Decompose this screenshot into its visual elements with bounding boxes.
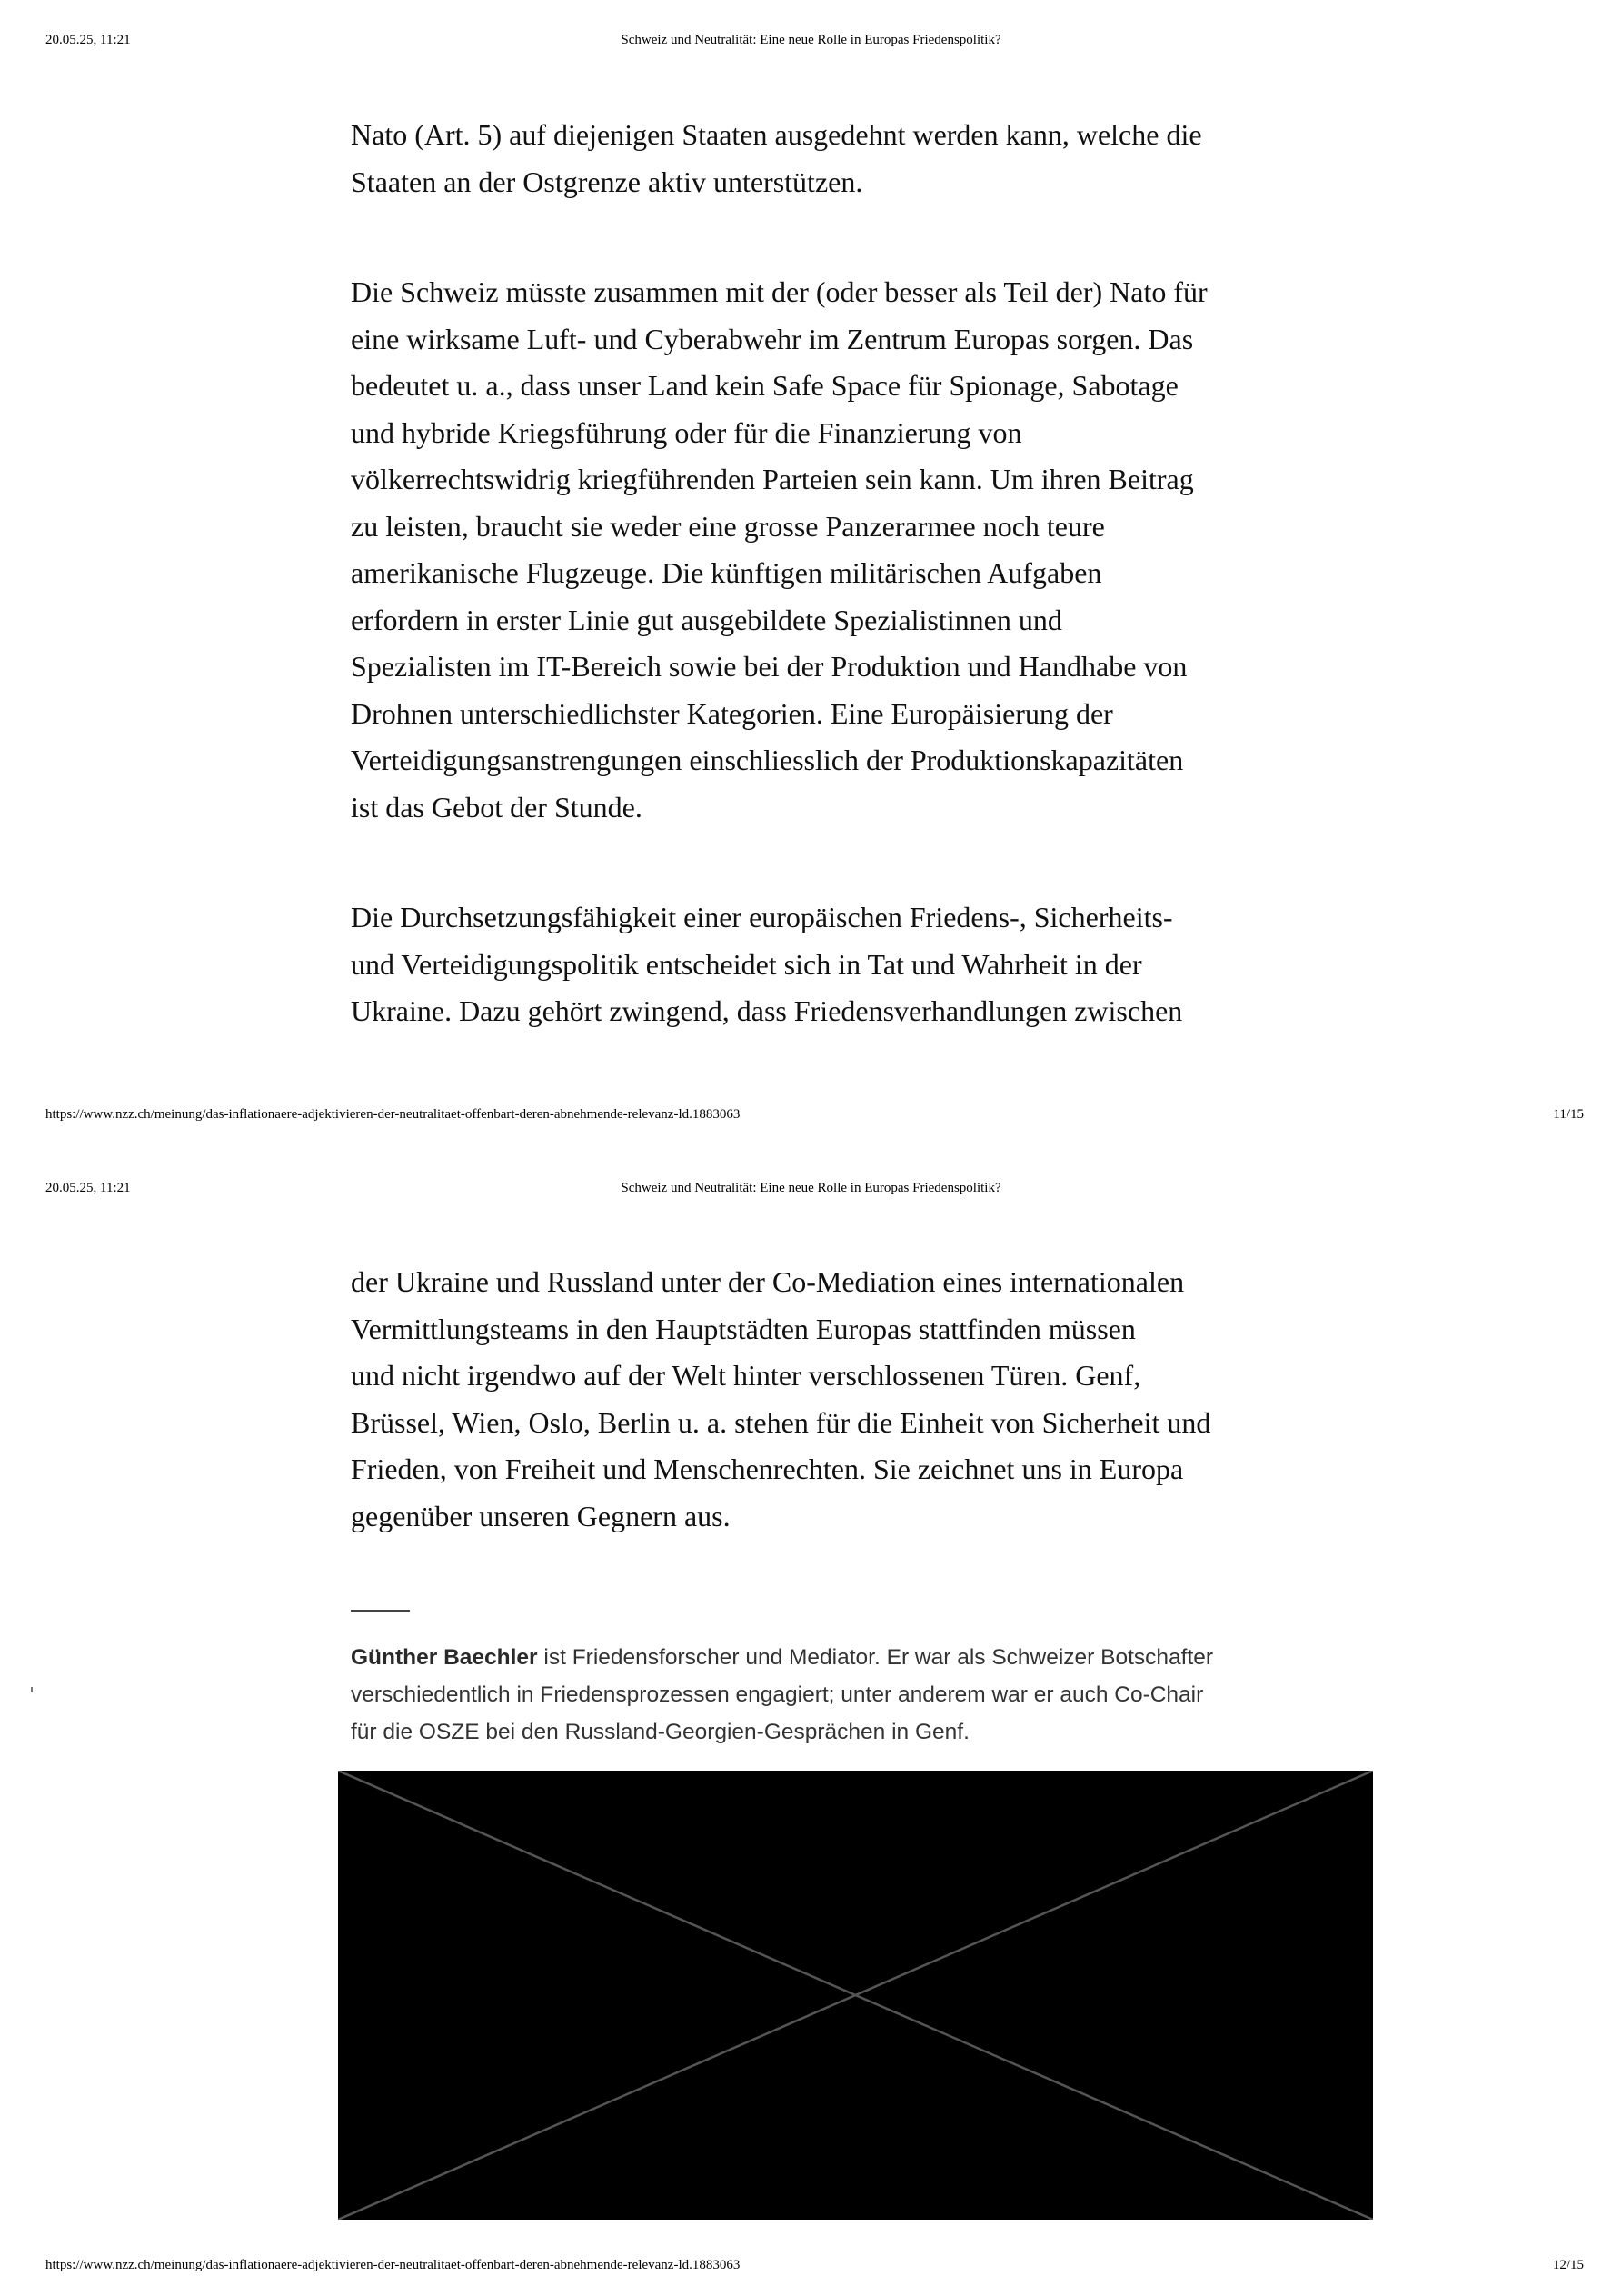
bio-text: ist Friedensforscher und Mediator. Er wa…	[538, 1645, 1213, 1670]
bio-line: für die OSZE bei den Russland-Georgien-G…	[351, 1713, 1296, 1751]
print-page-12: 20.05.25, 11:21 Schweiz und Neutralität:…	[0, 1148, 1622, 2296]
broken-image-placeholder	[338, 1771, 1373, 2220]
print-title: Schweiz und Neutralität: Eine neue Rolle…	[0, 32, 1622, 48]
text-line: Nato (Art. 5) auf diejenigen Staaten aus…	[351, 112, 1296, 159]
text-line: Staaten an der Ostgrenze aktiv unterstüt…	[351, 159, 1296, 206]
text-line: und hybride Kriegsführung oder für die F…	[351, 410, 1296, 457]
text-line: Brüssel, Wien, Oslo, Berlin u. a. stehen…	[351, 1400, 1296, 1447]
stray-mark	[31, 1687, 33, 1692]
bio-divider	[351, 1610, 410, 1612]
text-line: Ukraine. Dazu gehört zwingend, dass Frie…	[351, 988, 1296, 1035]
text-line: und Verteidigungspolitik entscheidet sic…	[351, 942, 1296, 989]
print-page-11: 20.05.25, 11:21 Schweiz und Neutralität:…	[0, 0, 1622, 1148]
paragraph: Die Schweiz müsste zusammen mit der (ode…	[351, 269, 1296, 831]
author-name: Günther Baechler	[351, 1645, 538, 1670]
image-missing-cross-icon	[338, 1771, 1373, 2220]
page-number: 11/15	[1553, 1106, 1584, 1123]
text-line: Drohnen unterschiedlichster Kategorien. …	[351, 691, 1296, 738]
text-line: amerikanische Flugzeuge. Die künftigen m…	[351, 550, 1296, 597]
text-line: Die Durchsetzungsfähigkeit einer europäi…	[351, 894, 1296, 942]
text-line: bedeutet u. a., dass unser Land kein Saf…	[351, 363, 1296, 410]
paragraph: Die Durchsetzungsfähigkeit einer europäi…	[351, 894, 1296, 1035]
text-line: und nicht irgendwo auf der Welt hinter v…	[351, 1353, 1296, 1400]
print-title: Schweiz und Neutralität: Eine neue Rolle…	[0, 1180, 1622, 1196]
source-url: https://www.nzz.ch/meinung/das-inflation…	[45, 1106, 740, 1123]
bio-line: verschiedentlich in Friedensprozessen en…	[351, 1676, 1296, 1713]
paragraph: Nato (Art. 5) auf diejenigen Staaten aus…	[351, 112, 1296, 205]
text-line: der Ukraine und Russland unter der Co-Me…	[351, 1259, 1296, 1306]
source-url: https://www.nzz.ch/meinung/das-inflation…	[45, 2257, 740, 2273]
page-number: 12/15	[1553, 2257, 1584, 2273]
author-bio: Günther Baechler ist Friedensforscher un…	[351, 1639, 1296, 1751]
text-line: völkerrechtswidrig kriegführenden Partei…	[351, 456, 1296, 504]
text-line: Die Schweiz müsste zusammen mit der (ode…	[351, 269, 1296, 316]
text-line: Spezialisten im IT-Bereich sowie bei der…	[351, 644, 1296, 691]
bio-line: Günther Baechler ist Friedensforscher un…	[351, 1639, 1296, 1676]
text-line: Frieden, von Freiheit und Menschenrechte…	[351, 1446, 1296, 1493]
paragraph: der Ukraine und Russland unter der Co-Me…	[351, 1259, 1296, 1540]
text-line: zu leisten, braucht sie weder eine gross…	[351, 504, 1296, 551]
text-line: erfordern in erster Linie gut ausgebilde…	[351, 597, 1296, 644]
text-line: Vermittlungsteams in den Hauptstädten Eu…	[351, 1306, 1296, 1353]
text-line: ist das Gebot der Stunde.	[351, 784, 1296, 832]
text-line: eine wirksame Luft- und Cyberabwehr im Z…	[351, 316, 1296, 364]
article-body: Nato (Art. 5) auf diejenigen Staaten aus…	[351, 112, 1296, 1035]
text-line: gegenüber unseren Gegnern aus.	[351, 1493, 1296, 1541]
text-line: Verteidigungsanstrengungen einschliessli…	[351, 737, 1296, 784]
article-body: der Ukraine und Russland unter der Co-Me…	[351, 1259, 1296, 1540]
